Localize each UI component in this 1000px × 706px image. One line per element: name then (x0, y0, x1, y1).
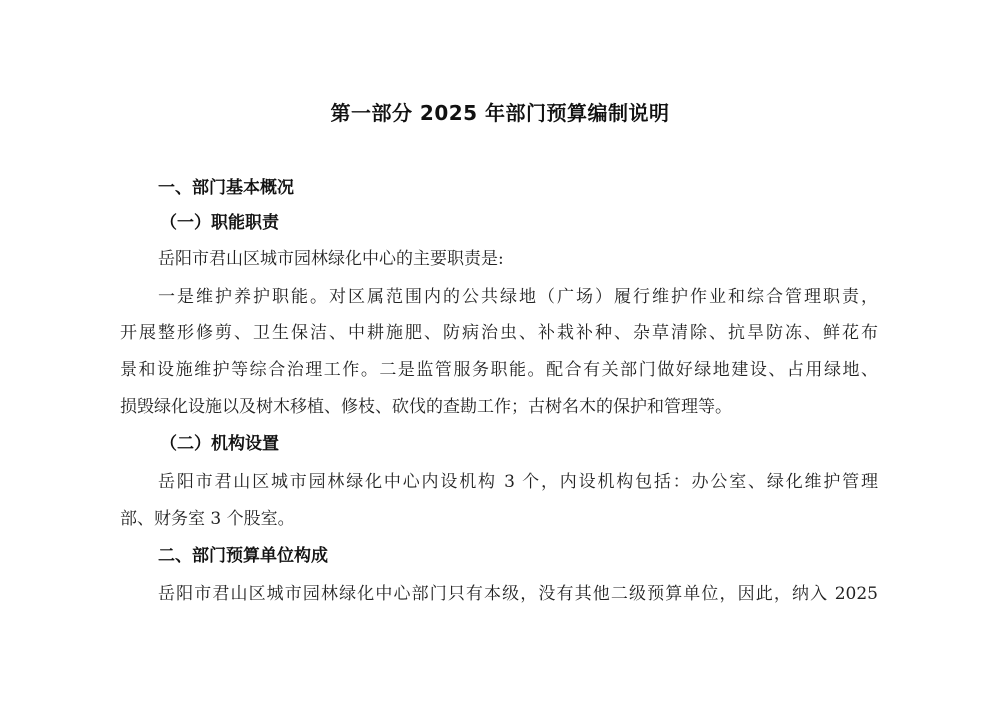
subsection-heading-duties: （一）职能职责 (160, 211, 279, 235)
document-page: 第一部分 2025 年部门预算编制说明 一、部门基本概况 （一）职能职责 岳阳市… (0, 0, 1000, 706)
section-heading-overview: 一、部门基本概况 (158, 176, 294, 200)
section-heading-budget-units: 二、部门预算单位构成 (158, 544, 328, 568)
paragraph-line: 损毁绿化设施以及树木移植、修枝、砍伐的查勘工作；古树名木的保护和管理等。 (120, 395, 878, 419)
paragraph-line: 岳阳市君山区城市园林绿化中心的主要职责是: (158, 247, 878, 271)
paragraph-line: 部、财务室 3 个股室。 (120, 507, 878, 531)
paragraph-line: 岳阳市君山区城市园林绿化中心部门只有本级，没有其他二级预算单位，因此，纳入 20… (158, 582, 878, 606)
paragraph-line: 岳阳市君山区城市园林绿化中心内设机构 3 个，内设机构包括：办公室、绿化维护管理 (158, 470, 878, 494)
paragraph-line: 一是维护养护职能。对区属范围内的公共绿地（广场）履行维护作业和综合管理职责， (158, 285, 878, 309)
paragraph-line: 景和设施维护等综合治理工作。二是监管服务职能。配合有关部门做好绿地建设、占用绿地… (120, 358, 878, 382)
subsection-heading-structure: （二）机构设置 (160, 432, 279, 456)
paragraph-line: 开展整形修剪、卫生保洁、中耕施肥、防病治虫、补栽补种、杂草清除、抗旱防冻、鲜花布 (120, 321, 878, 345)
page-title: 第一部分 2025 年部门预算编制说明 (0, 99, 1000, 127)
